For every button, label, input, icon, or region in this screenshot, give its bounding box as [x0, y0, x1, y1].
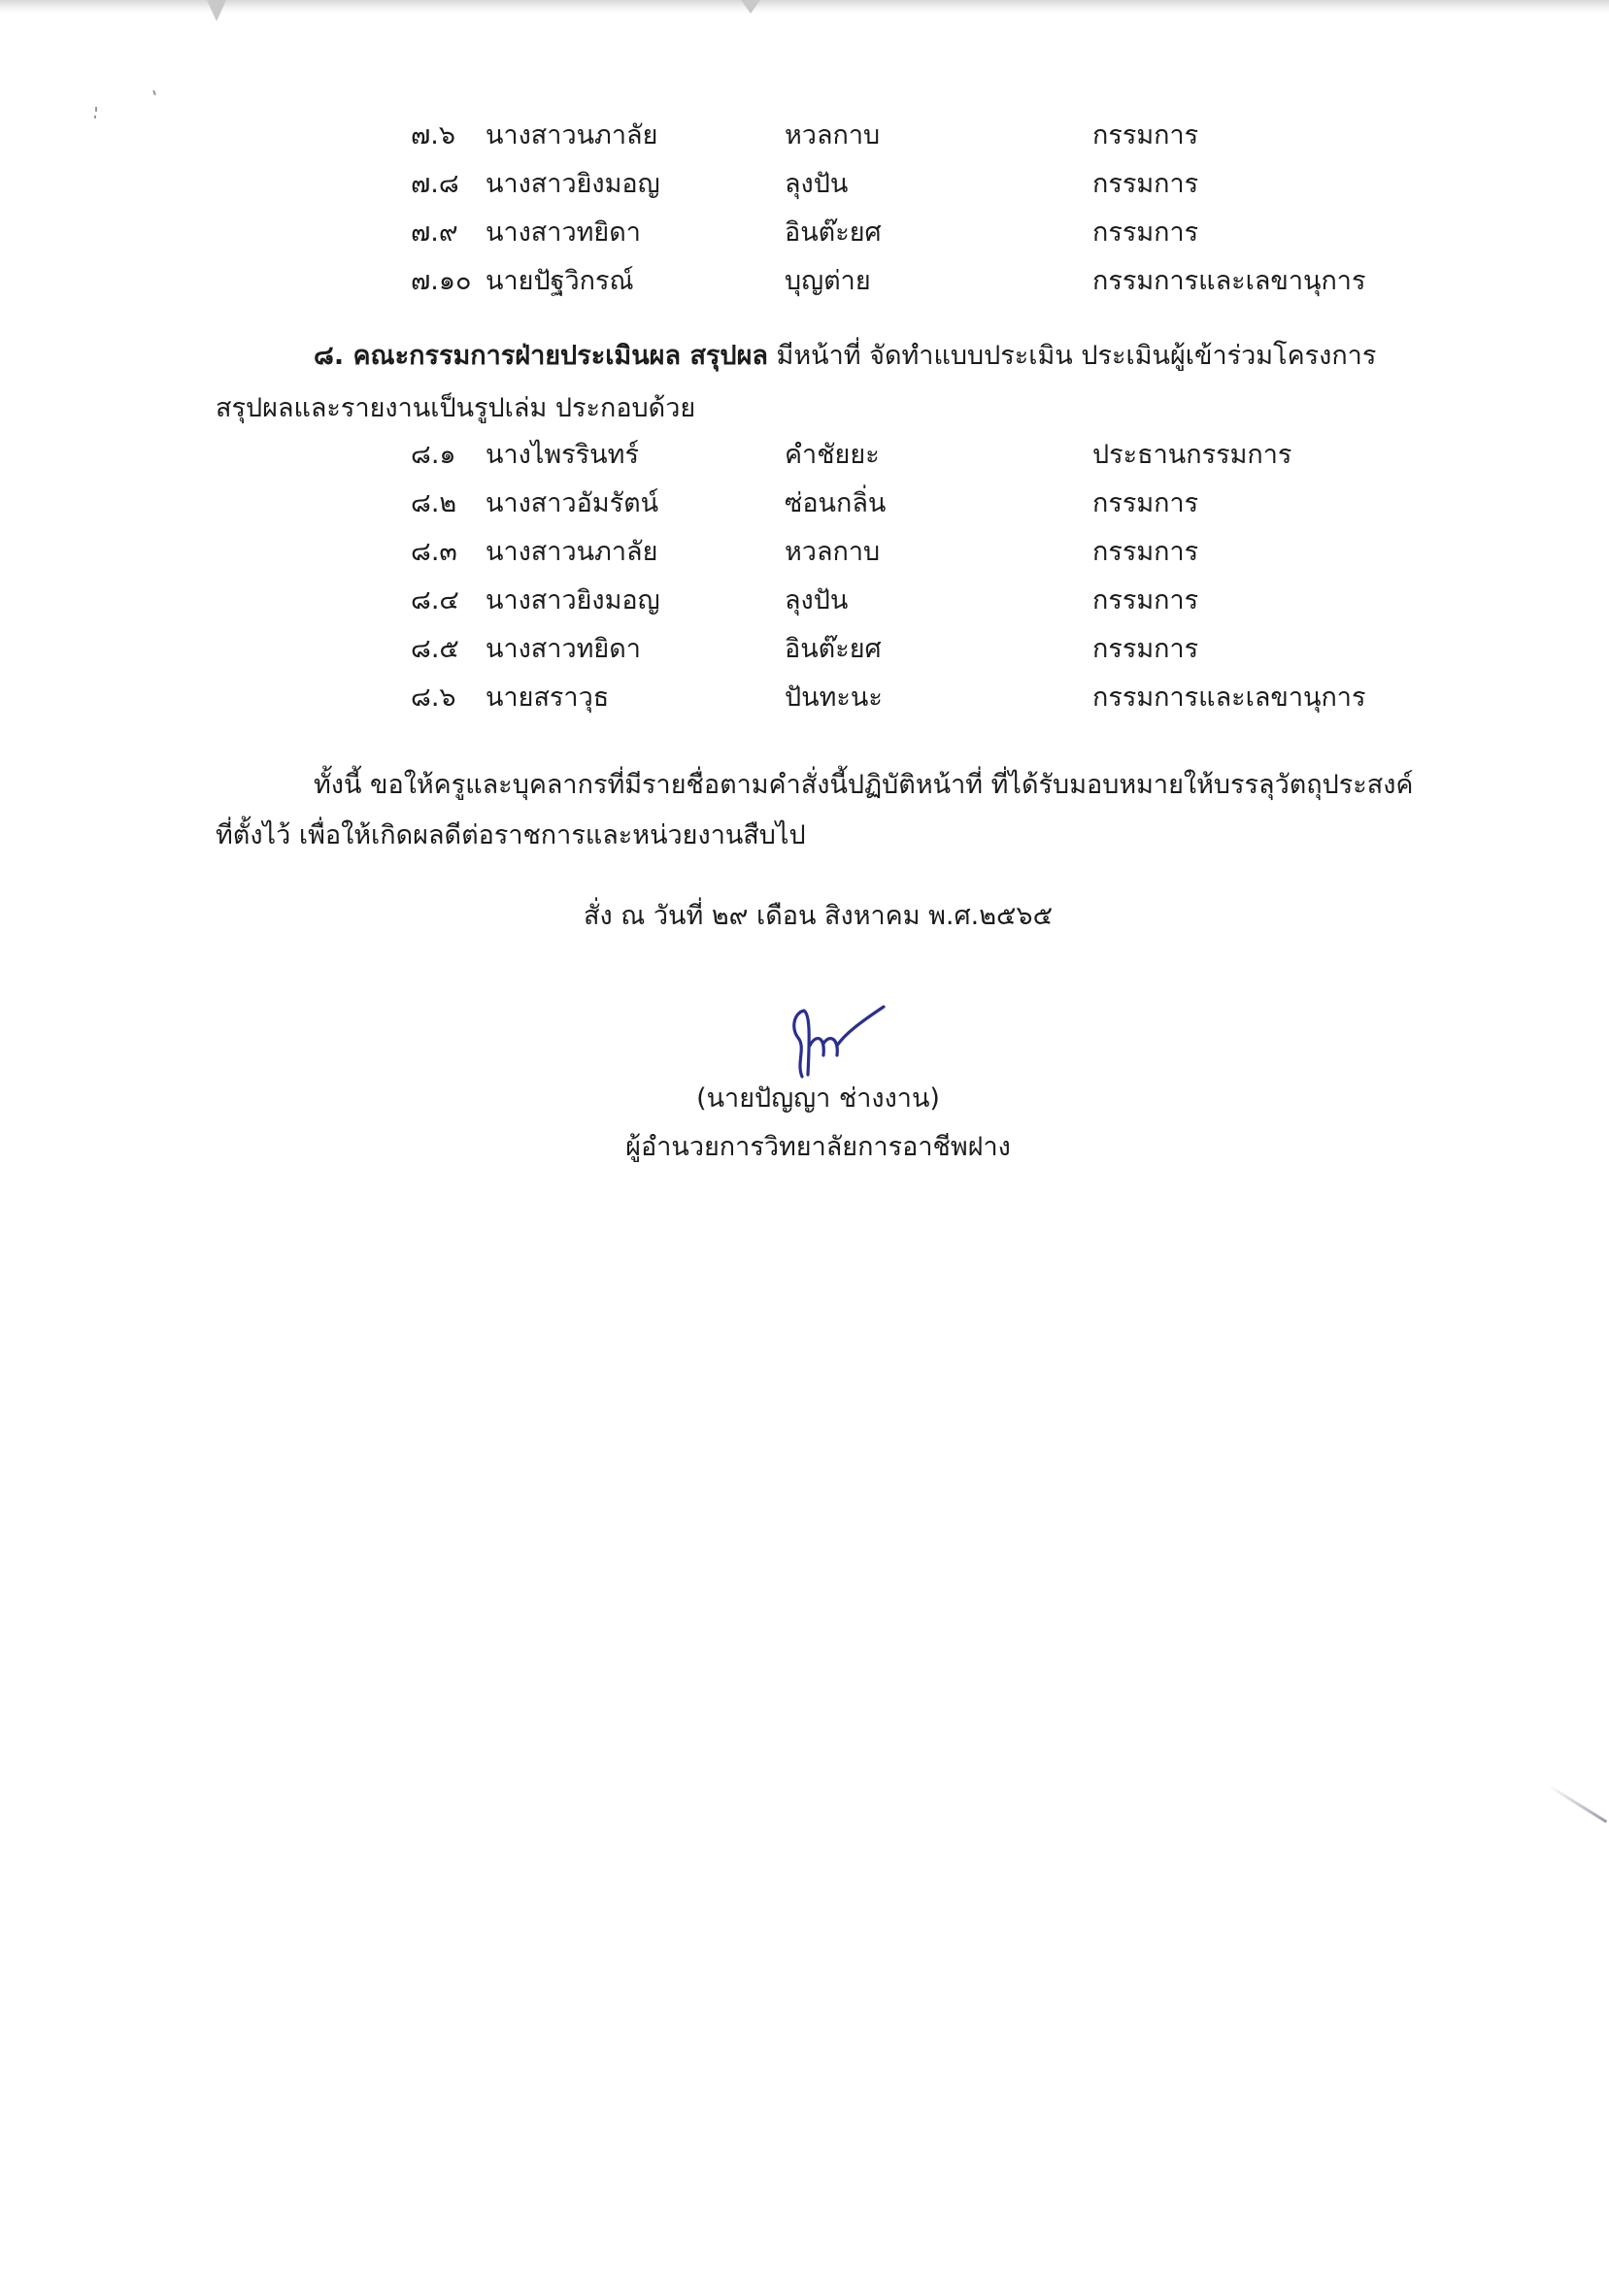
member-surname: หวลกาบ — [785, 531, 880, 574]
member-number: ๗.๘ — [411, 163, 459, 206]
member-role: กรรมการ — [1092, 580, 1198, 622]
member-name: นางสาวยิงมอญ — [486, 163, 660, 206]
member-name: นางไพรรินทร์ — [486, 434, 639, 477]
member-surname: ลุงปัน — [785, 580, 848, 622]
order-date: สั่ง ณ วันที่ ๒๙ เดือน สิงหาคม พ.ศ.๒๕๖๕ — [0, 895, 1609, 938]
member-name: นางสาวนภาลัย — [486, 115, 657, 157]
member-role: กรรมการ — [1092, 163, 1198, 206]
scan-fold-mark — [1548, 1784, 1607, 1823]
scan-edge-shadow — [0, 0, 1609, 14]
signatory-name: (นายปัญญา ช่างงาน) — [0, 1078, 1609, 1120]
section-8-title: ๘. คณะกรรมการฝ่ายประเมินผล สรุปผล — [314, 341, 768, 371]
member-name: นายสราวุธ — [486, 677, 609, 719]
signature-image — [777, 1005, 913, 1082]
member-number: ๗.๑๐ — [411, 260, 472, 303]
member-number: ๘.๒ — [411, 482, 456, 525]
closing-paragraph-line2: ที่ตั้งไว้ เพื่อให้เกิดผลดีต่อราชการและห… — [216, 812, 806, 860]
member-role: กรรมการ — [1092, 531, 1198, 574]
closing-paragraph-line1: ทั้งนี้ ขอให้ครูและบุคลากรที่มีรายชื่อตา… — [314, 761, 1414, 810]
section-8-heading-line2: สรุปผลและรายงานเป็นรูปเล่ม ประกอบด้วย — [216, 384, 695, 433]
member-role: กรรมการ — [1092, 482, 1198, 525]
section-8-duty: มีหน้าที่ จัดทำแบบประเมิน ประเมินผู้เข้า… — [768, 341, 1376, 371]
member-surname: อินต๊ะยศ — [785, 212, 882, 254]
member-surname: อินต๊ะยศ — [785, 628, 882, 671]
member-surname: ปันทะนะ — [785, 677, 883, 719]
scan-speck — [95, 107, 97, 112]
member-name: นางสาวนภาลัย — [486, 531, 657, 574]
member-name: นางสาวยิงมอญ — [486, 580, 660, 622]
member-number: ๘.๓ — [411, 531, 457, 574]
scan-speck — [94, 116, 96, 118]
member-name: นางสาวทยิดา — [486, 212, 641, 254]
scan-artifact — [741, 0, 760, 14]
signatory-position: ผู้อำนวยการวิทยาลัยการอาชีพฝาง — [0, 1126, 1609, 1169]
member-role: กรรมการ — [1092, 115, 1198, 157]
member-name: นางสาวอัมรัตน์ — [486, 482, 658, 525]
member-number: ๗.๖ — [411, 115, 455, 157]
member-surname: ลุงปัน — [785, 163, 848, 206]
member-number: ๘.๑ — [411, 434, 456, 477]
member-number: ๘.๔ — [411, 580, 459, 622]
member-role: ประธานกรรมการ — [1092, 434, 1291, 477]
member-surname: ซ่อนกลิ่น — [785, 482, 886, 525]
member-name: นายปัฐวิกรณ์ — [486, 260, 634, 303]
member-number: ๘.๕ — [411, 628, 459, 671]
member-role: กรรมการ — [1092, 628, 1198, 671]
member-role: กรรมการและเลขานุการ — [1092, 677, 1365, 719]
section-8-heading: ๘. คณะกรรมการฝ่ายประเมินผล สรุปผล มีหน้า… — [314, 332, 1376, 381]
member-name: นางสาวทยิดา — [486, 628, 641, 671]
scan-speck — [152, 90, 156, 95]
member-surname: คำชัยยะ — [785, 434, 880, 477]
member-number: ๘.๖ — [411, 677, 456, 719]
member-surname: หวลกาบ — [785, 115, 880, 157]
member-number: ๗.๙ — [411, 212, 458, 254]
member-role: กรรมการ — [1092, 212, 1198, 254]
member-role: กรรมการและเลขานุการ — [1092, 260, 1365, 303]
scan-artifact — [207, 0, 226, 21]
member-surname: บุญต่าย — [785, 260, 871, 303]
